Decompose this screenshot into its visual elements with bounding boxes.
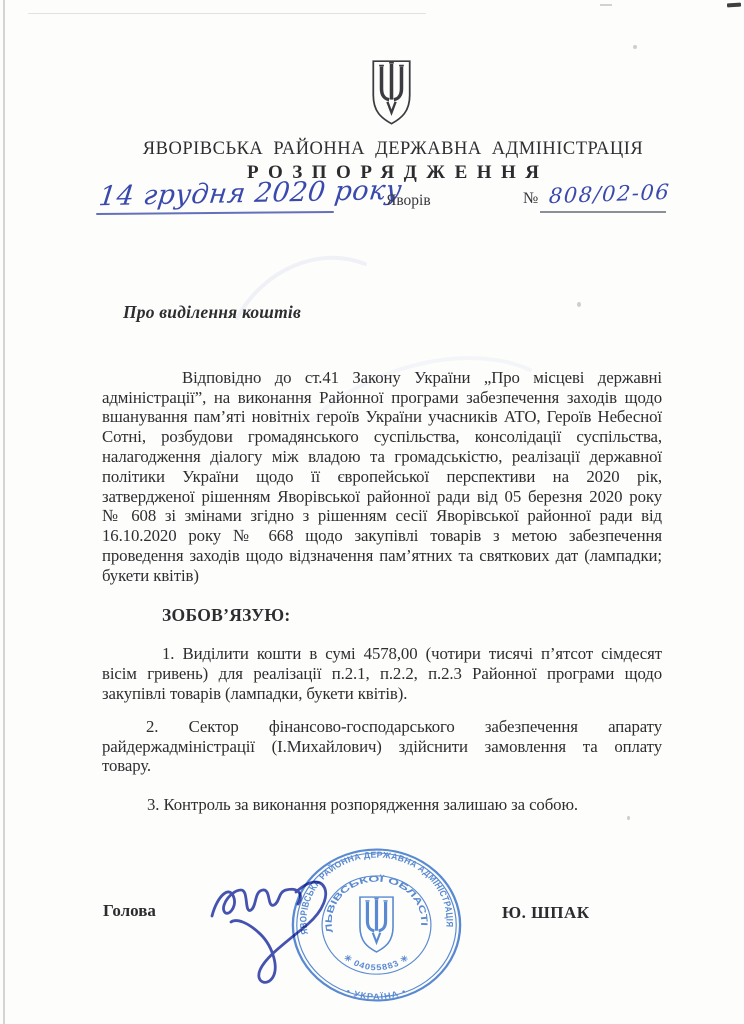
resolution-item-1: 1. Виділити кошти в сумі 4578,00 (чотири… <box>102 644 662 703</box>
organization-name: ЯВОРІВСЬКА РАЙОННА ДЕРЖАВНА АДМІНІСТРАЦІ… <box>93 139 693 160</box>
signer-title: Голова <box>103 901 156 921</box>
stamp-country-text: • УКРАЇНА • <box>345 986 408 1001</box>
place-name: Яворів <box>386 192 431 210</box>
scan-corner-mark-2 <box>600 4 612 6</box>
paragraph-line: налагодження діалогу між владою та грома… <box>102 447 662 467</box>
paragraph-line: № 608 зі змінами згідно з рішенням сесії… <box>102 506 662 526</box>
paragraph-line: Сотні, розбудови громадянського суспільс… <box>102 427 662 447</box>
date-underline <box>96 211 334 215</box>
signer-name: Ю. ШПАК <box>502 903 590 923</box>
scan-edge-line <box>3 0 5 1024</box>
resolution-item-3: 3. Контроль за виконання розпорядження з… <box>102 795 662 815</box>
signature-ink <box>206 860 348 996</box>
paragraph-line: 3. Контроль за виконання розпорядження з… <box>102 795 662 815</box>
scan-top-line <box>28 13 426 14</box>
paragraph-line: 16.10.2020 року № 668 щодо закупівлі тов… <box>102 526 662 546</box>
paragraph-line: закупівлі товарів (лампадки, букети квіт… <box>102 684 662 704</box>
paragraph-line: вшанування пам’яті новітніх героїв Украї… <box>102 407 662 427</box>
number-underline <box>540 211 666 213</box>
paragraph-line: політики України щодо її європейської пе… <box>102 467 662 487</box>
paragraph-line: проведення заходів щодо відзначення пам’… <box>102 546 662 566</box>
document-body: Про виділення коштів Відповідно до ст.41… <box>102 303 662 815</box>
handwritten-date: 14 грудня 2020 року <box>97 175 404 212</box>
ukraine-trident-icon <box>368 59 415 127</box>
paragraph-line: затвердженої рішенням Яворівської районн… <box>102 487 662 507</box>
resolution-heading: ЗОБОВ’ЯЗУЮ: <box>102 606 662 626</box>
resolution-item-2: 2. Сектор фінансово-господарського забез… <box>102 717 662 776</box>
scanned-document-page: ЯВОРІВСЬКА РАЙОННА ДЕРЖАВНА АДМІНІСТРАЦІ… <box>0 0 744 1024</box>
paragraph-line: Відповідно до ст.41 Закону України „Про … <box>102 368 662 388</box>
stamp-trident-icon <box>360 897 393 952</box>
scan-speck <box>627 816 630 820</box>
paragraph-line: букети квітів) <box>102 566 662 586</box>
paragraph-line: 2. Сектор фінансово-господарського забез… <box>102 717 662 737</box>
paragraph-line: райдержадміністрації (І.Михайлович) здій… <box>102 737 662 757</box>
preamble-paragraph: Відповідно до ст.41 Закону України „Про … <box>102 368 662 586</box>
subject-line: Про виділення коштів <box>123 303 662 323</box>
handwritten-number: 808/02-06 <box>548 180 671 208</box>
scan-corner-mark <box>727 3 741 7</box>
number-sign: № <box>523 190 538 208</box>
paragraph-line: вісім гривень) для реалізації п.2.1, п.2… <box>102 664 662 684</box>
paragraph-line: адміністрації”, на виконання Районної пр… <box>102 388 662 408</box>
scan-speck <box>633 45 637 49</box>
paragraph-line: 1. Виділити кошти в сумі 4578,00 (чотири… <box>102 644 662 664</box>
paragraph-line: товару. <box>102 756 662 776</box>
